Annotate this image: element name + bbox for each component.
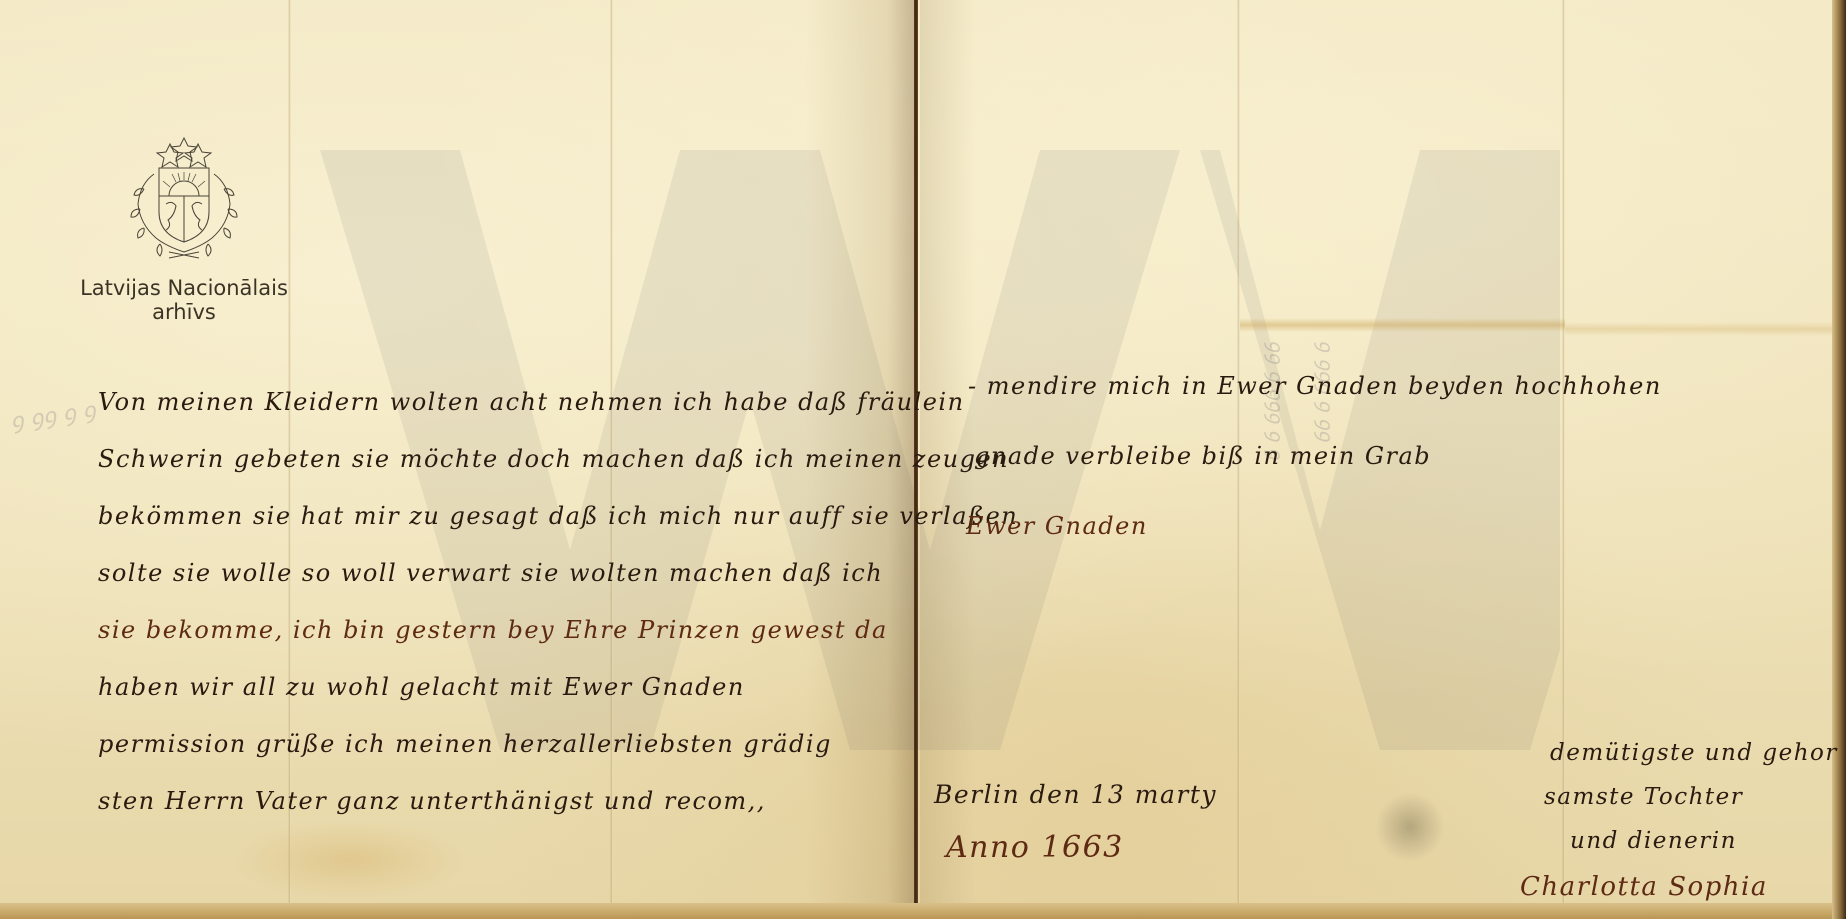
year: Anno 1663	[946, 830, 1124, 865]
stain	[230, 820, 470, 900]
letter-line: permission grüße ich meinen herzallerlie…	[98, 730, 832, 758]
closing-line: samste Tochter	[1544, 784, 1743, 810]
archive-logo: Latvijas Nacionālais arhīvs	[62, 134, 306, 324]
letter-line: - mendire mich in Ewer Gnaden beyden hoc…	[968, 372, 1662, 400]
archive-name-line1: Latvijas Nacionālais	[62, 276, 306, 300]
letter-line: Von meinen Kleidern wolten acht nehmen i…	[98, 388, 965, 416]
letter-line: sten Herrn Vater ganz unterthänigst und …	[98, 787, 766, 815]
letter-line: Ewer Gnaden	[966, 512, 1148, 540]
letter-line: solte sie wolle so woll verwart sie wolt…	[98, 559, 883, 587]
latvia-coat-of-arms-icon	[114, 134, 254, 264]
fold-line	[1565, 322, 1835, 336]
closing-line: demütigste und gehor	[1550, 740, 1838, 766]
stain	[1375, 792, 1445, 862]
page-edge	[1832, 0, 1846, 919]
letter-line: sie bekomme, ich bin gestern bey Ehre Pr…	[98, 616, 888, 644]
fold-line	[1240, 318, 1565, 332]
page-edge	[0, 903, 1846, 919]
closing-line: und dienerin	[1570, 828, 1737, 854]
document-scan: ꝯ ꝯꝯ ꝯ ꝯ ꝯꝯ ꝯ ꝯꝯꝯ ꝯ ꝯ ꝯ ꝯꝯꝯ ꝯ ꝯꝯ	[0, 0, 1846, 919]
fold-line	[1562, 0, 1565, 919]
letter-line: gnade verbleibe biß in mein Grab	[974, 442, 1431, 470]
archive-name: Latvijas Nacionālais arhīvs	[62, 276, 306, 324]
letter-line: haben wir all zu wohl gelacht mit Ewer G…	[98, 673, 745, 701]
letter-line: Schwerin gebeten sie möchte doch machen …	[98, 445, 1009, 473]
signature: Charlotta Sophia	[1520, 872, 1768, 902]
archive-name-line2: arhīvs	[62, 300, 306, 324]
place-date: Berlin den 13 marty	[934, 780, 1217, 809]
letter-line: bekömmen sie hat mir zu gesagt daß ich m…	[98, 502, 1018, 530]
